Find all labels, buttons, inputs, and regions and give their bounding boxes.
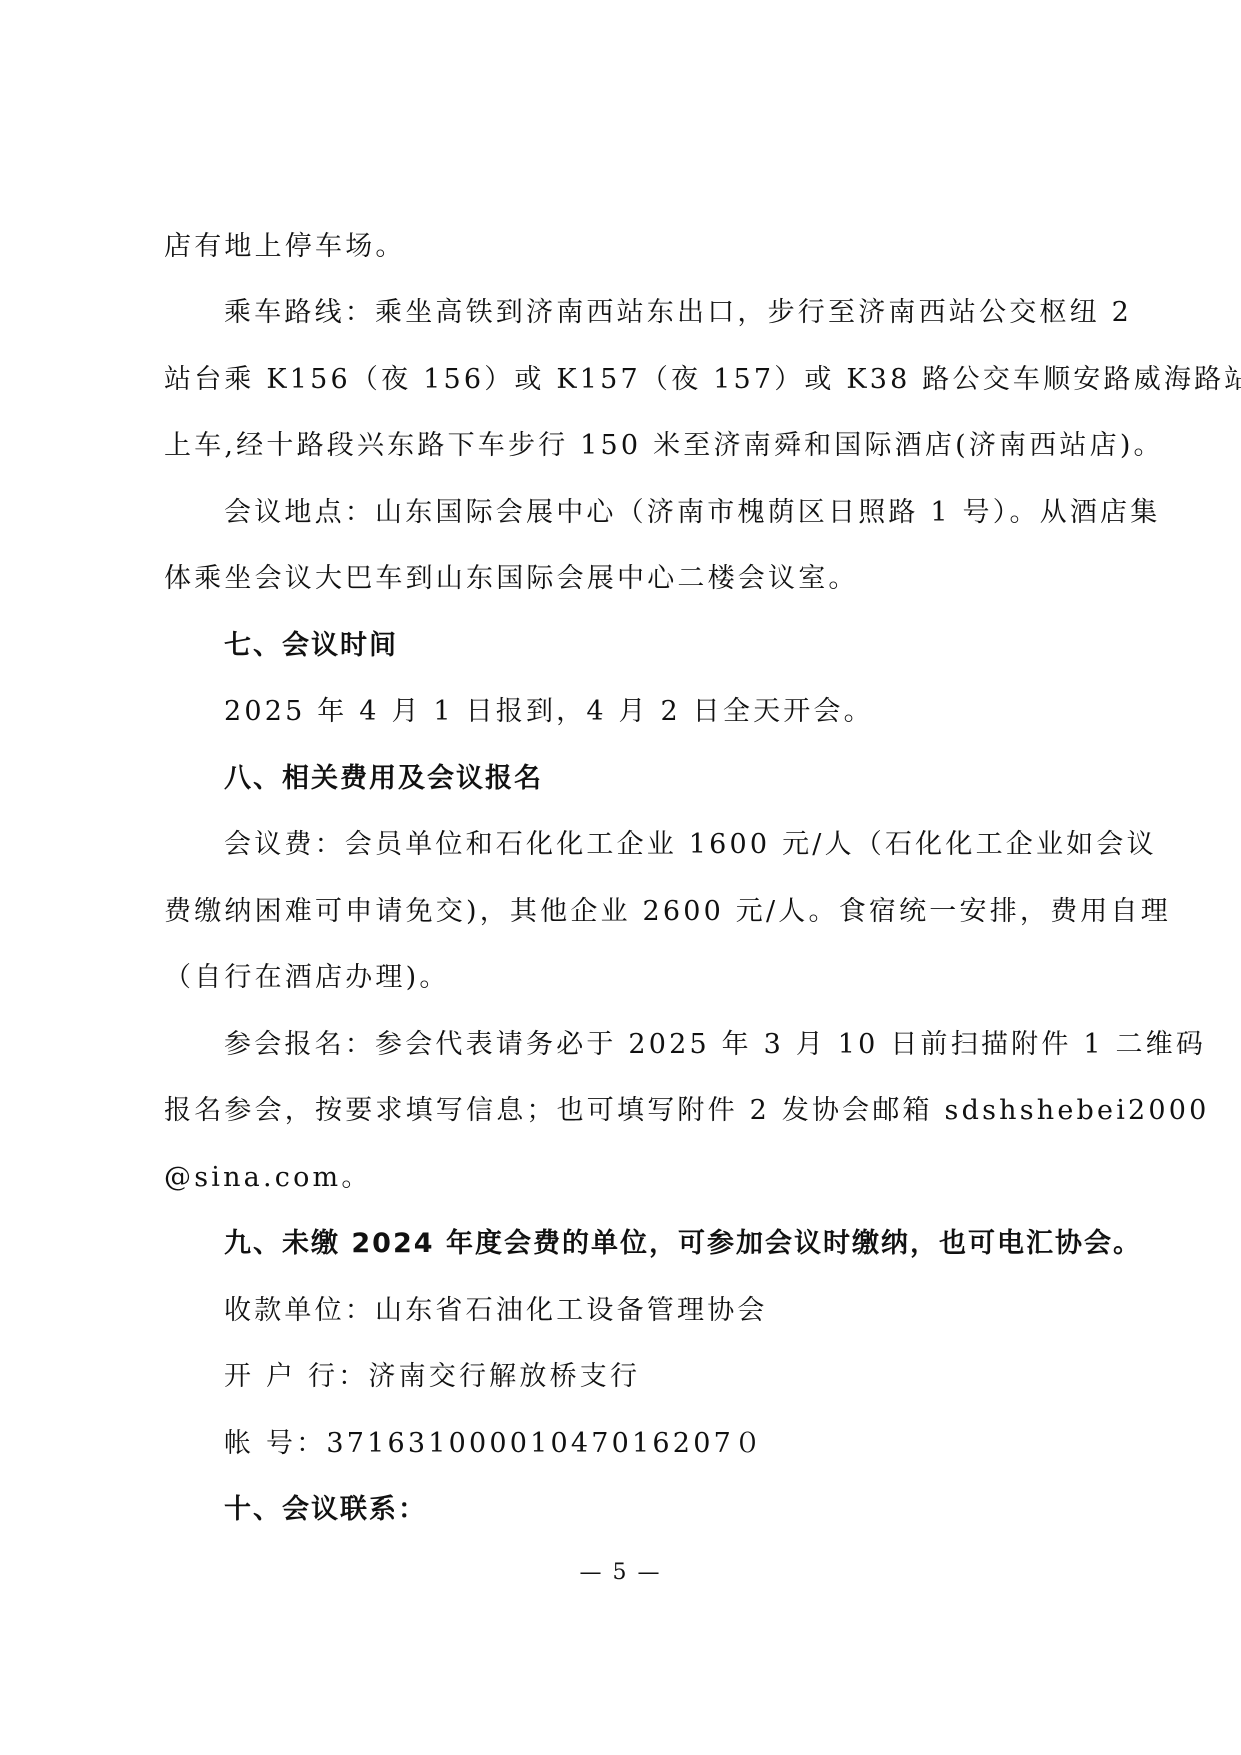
paragraph-line: @sina.com。 <box>164 1161 372 1195</box>
section-heading: 十、会议联系： <box>224 1493 427 1527</box>
paragraph-line: （自行在酒店办理)。 <box>164 961 450 995</box>
paragraph-line: 会议地点：山东国际会展中心（济南市槐荫区日照路 1 号）。从酒店集 <box>224 496 1160 530</box>
paragraph-line: 参会报名：参会代表请务必于 2025 年 3 月 10 日前扫描附件 1 二维码 <box>224 1028 1206 1062</box>
paragraph-line: 会议费：会员单位和石化化工企业 1600 元/人（石化化工企业如会议 <box>224 828 1157 862</box>
paragraph-line: 开 户 行：济南交行解放桥支行 <box>224 1360 640 1394</box>
paragraph-line: 乘车路线：乘坐高铁到济南西站东出口，步行至济南西站公交枢纽 2 <box>224 296 1132 330</box>
section-heading: 七、会议时间 <box>224 629 398 663</box>
paragraph-line: 上车,经十路段兴东路下车步行 150 米至济南舜和国际酒店(济南西站店)。 <box>164 429 1164 463</box>
page-number: — 5 — <box>0 1560 1241 1585</box>
section-heading: 九、未缴 2024 年度会费的单位，可参加会议时缴纳，也可电汇协会。 <box>224 1227 1142 1261</box>
paragraph-line: 2025 年 4 月 1 日报到，4 月 2 日全天开会。 <box>224 695 874 729</box>
paragraph-line: 费缴纳困难可申请免交)，其他企业 2600 元/人。食宿统一安排，费用自理 <box>164 895 1171 929</box>
paragraph-line: 站台乘 K156（夜 156）或 K157（夜 157）或 K38 路公交车顺安… <box>164 363 1241 397</box>
paragraph-line: 体乘坐会议大巴车到山东国际会展中心二楼会议室。 <box>164 562 859 596</box>
paragraph-line: 报名参会，按要求填写信息；也可填写附件 2 发协会邮箱 sdshshebei20… <box>164 1094 1210 1128</box>
paragraph-line: 店有地上停车场。 <box>164 230 406 264</box>
section-heading: 八、相关费用及会议报名 <box>224 762 543 796</box>
paragraph-line: 收款单位：山东省石油化工设备管理协会 <box>224 1294 768 1328</box>
paragraph-line: 帐 号：37163100001047016207０ <box>224 1427 764 1461</box>
